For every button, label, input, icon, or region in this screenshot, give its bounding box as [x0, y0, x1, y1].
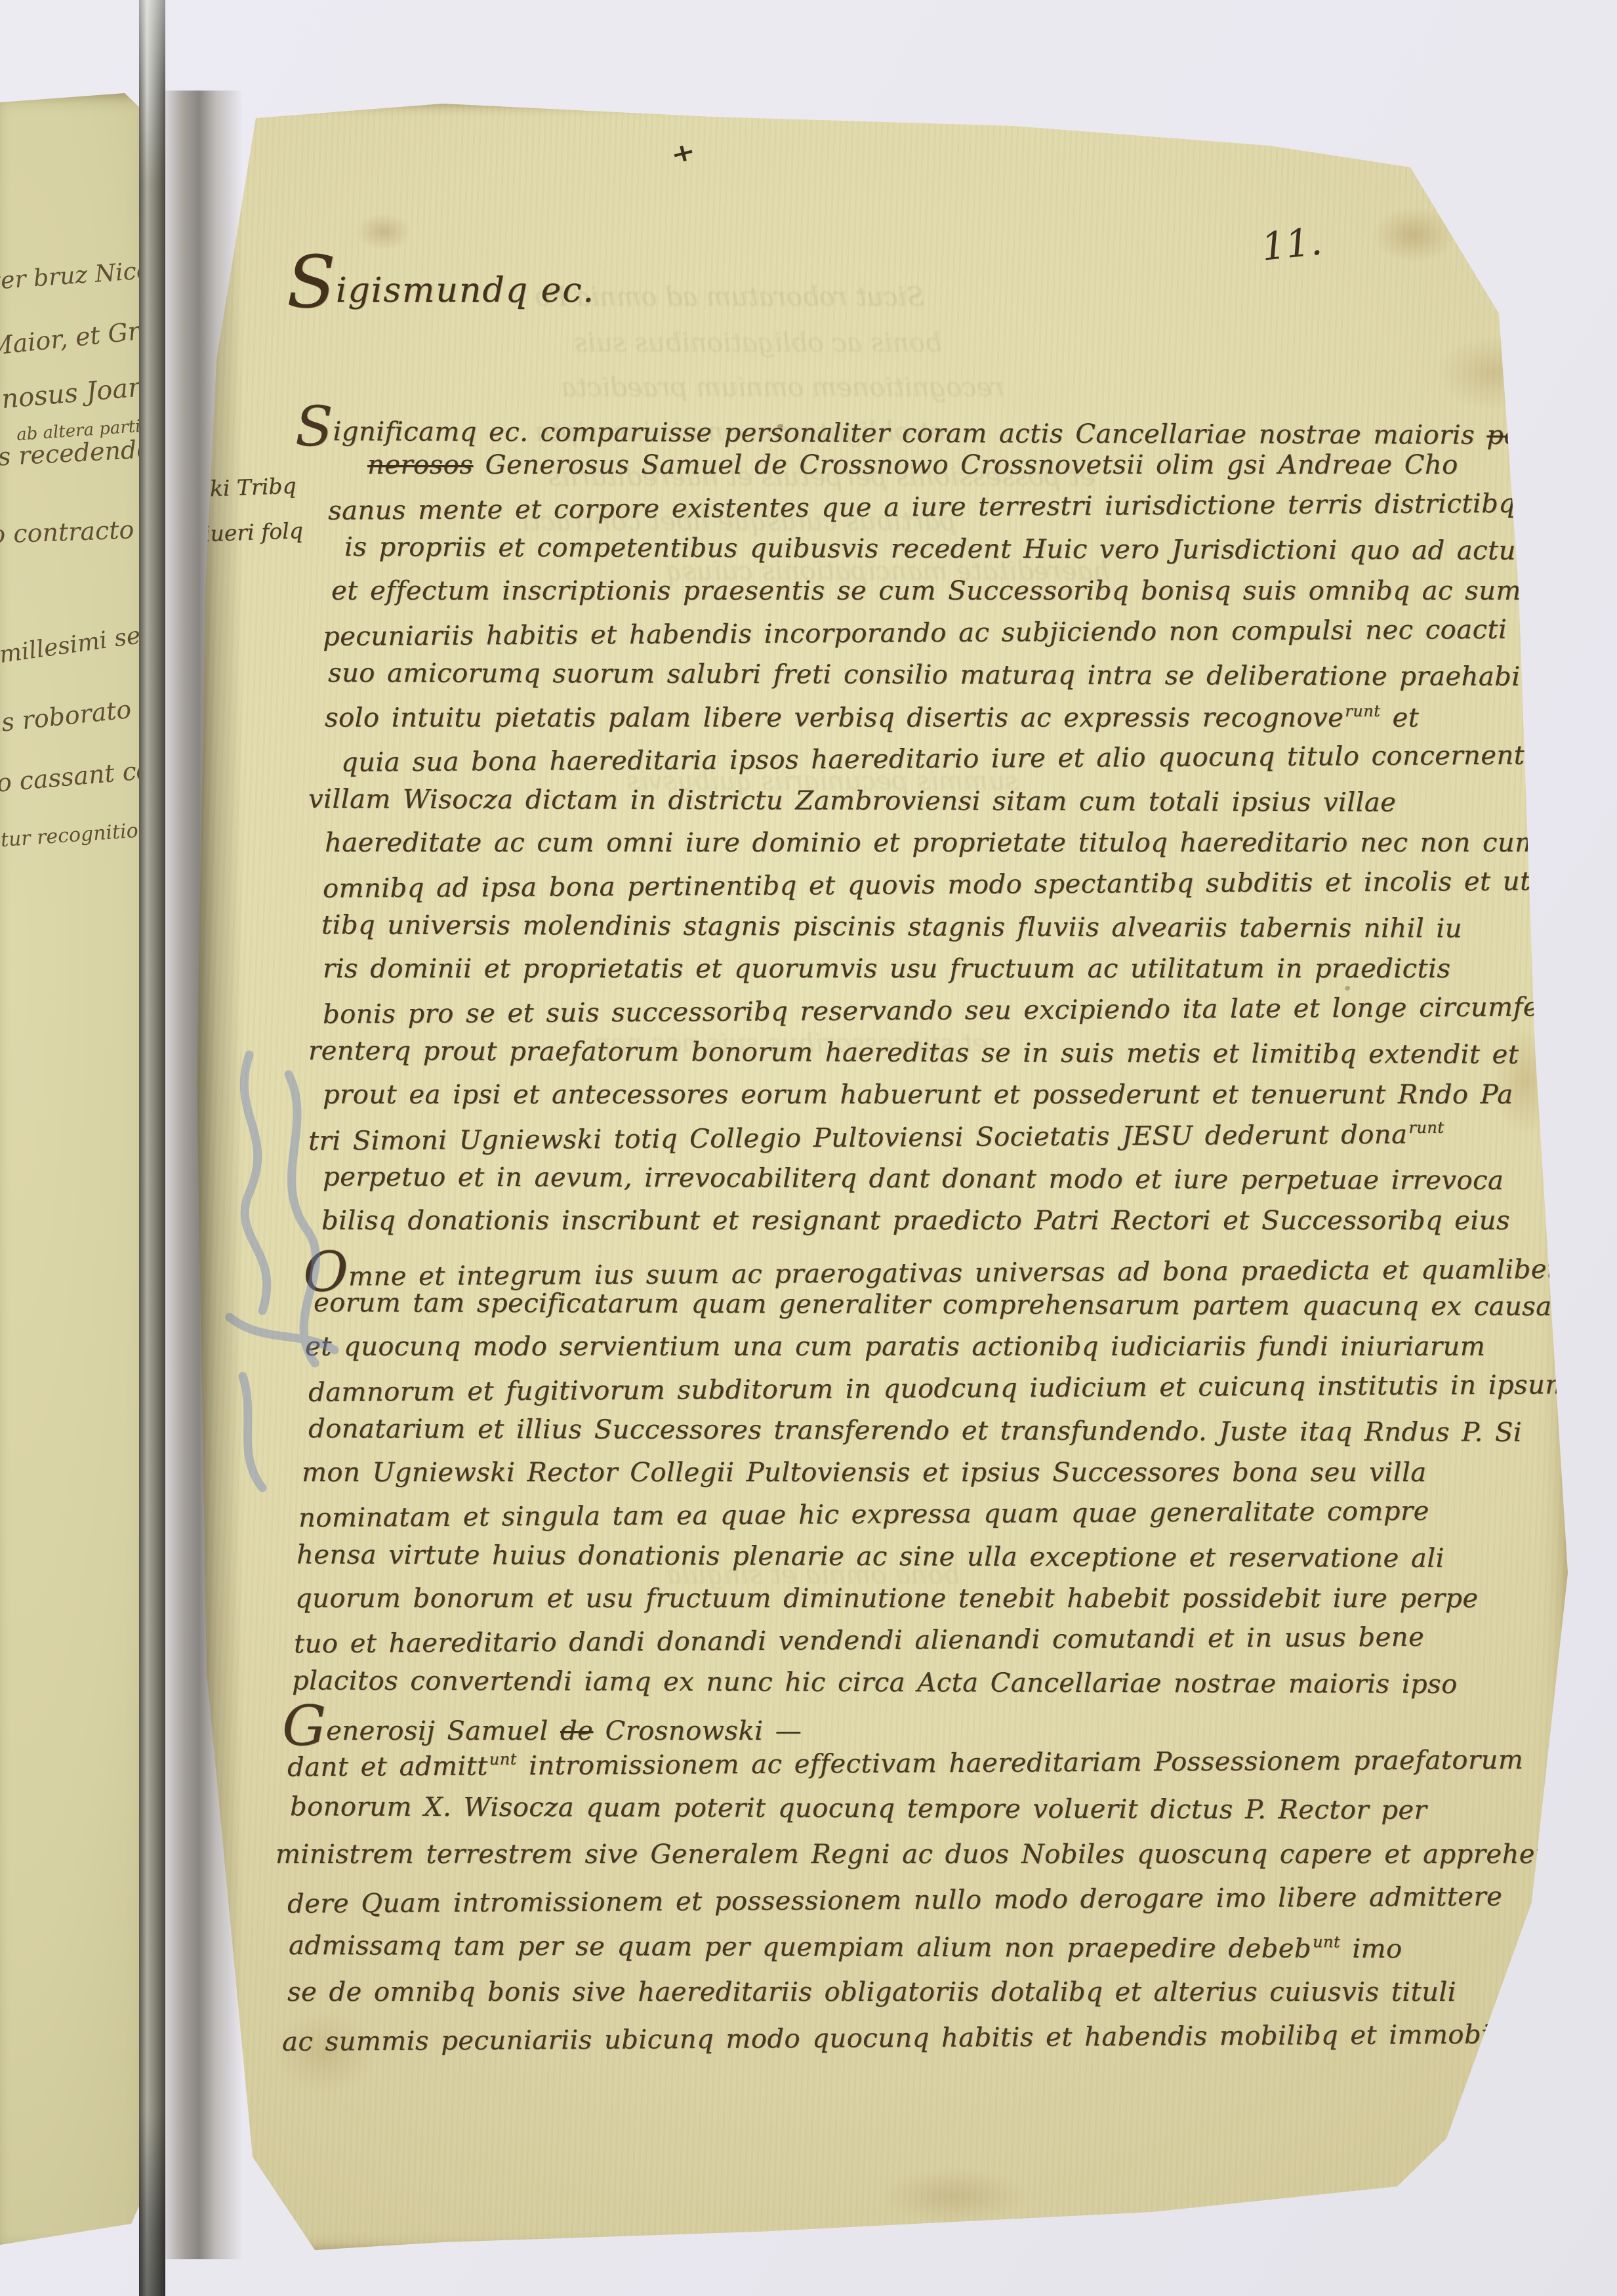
manuscript-line: omnibq ad ipsa bona pertinentibq et quov…	[323, 866, 1574, 904]
manuscript-line: bonorum X. Wisocza quam poterit quocunq …	[290, 1792, 1427, 1825]
manuscript-line: ac summis pecuniariis ubicunq modo quocu…	[282, 2019, 1542, 2057]
manuscript-line: quia sua bona haereditaria ipsos haeredi…	[341, 740, 1549, 777]
manuscript-line: pecuniariis habitis et habendis incorpor…	[323, 614, 1569, 652]
manuscript-line: nominatam et singula tam ea quae hic exp…	[298, 1496, 1429, 1534]
ink-speck	[777, 424, 783, 428]
manuscript-line: se de omnibq bonis sive haereditariis ob…	[287, 1977, 1456, 2007]
heading-initial: S	[287, 263, 336, 302]
manuscript-line: donatarium et illius Successores transfe…	[308, 1414, 1522, 1448]
folio-number: 11.	[1259, 218, 1324, 269]
manuscript-line: admissamq tam per se quam per quempiam a…	[289, 1929, 1402, 1964]
manuscript-line: villam Wisocza dictam in districtu Zambr…	[308, 784, 1396, 817]
margin-note: auski Tribq	[171, 473, 297, 503]
ink-blot	[1505, 1973, 1513, 1980]
manuscript-line: dant et admittunt intromissionem ac effe…	[287, 1744, 1523, 1782]
manuscript-line: tibq universis molendinis stagnis piscin…	[321, 910, 1462, 943]
manuscript-line: is propriis et competentibus quibusvis r…	[344, 532, 1541, 566]
manuscript-line: ris dominii et proprietatis et quorumvis…	[323, 954, 1450, 984]
ink-blot	[1538, 2024, 1550, 2034]
manuscript-page: Sigismundq ec. 11. + Sicut roboratum ad …	[167, 97, 1574, 2255]
ghost-line: recognitionem omnium praedicta	[561, 373, 1004, 403]
manuscript-line: haereditate ac cum omni iure dominio et …	[325, 828, 1540, 858]
manuscript-line: tri Simoni Ugniewski totiq Collegio Pult…	[308, 1118, 1444, 1157]
scanner-background: { "scan": { "document_kind": "manuscript…	[0, 0, 1617, 2296]
manuscript-line: damnorum et fugitivorum subditorum in qu…	[308, 1370, 1570, 1408]
ghost-line: Sicut roboratum ad omnia Po	[535, 282, 924, 312]
scanner-clamp-bar	[139, 0, 165, 2296]
manuscript-line: tuo et haereditario dandi donandi venden…	[294, 1622, 1424, 1660]
manuscript-line: renterq prout praefatorum bonorum haered…	[308, 1036, 1519, 1070]
manuscript-line: sanus mente et corpore existentes que a …	[328, 488, 1574, 526]
blue-crayon-mark	[167, 1035, 348, 1507]
manuscript-line: bilisq donationis inscribunt et resignan…	[321, 1206, 1510, 1236]
manuscript-line: mon Ugniewski Rector Collegii Pultoviens…	[302, 1458, 1427, 1488]
manuscript-line: prout ea ipsi et antecessores eorum habu…	[323, 1080, 1513, 1110]
manuscript-line: solo intuitu pietatis palam libere verbi…	[325, 702, 1419, 733]
manuscript-line: et effectum inscriptionis praesentis se …	[331, 576, 1569, 606]
ink-blot	[1520, 1992, 1549, 2014]
manuscript-line: Omne et integrum ius suum ac praerogativ…	[303, 1244, 1558, 1292]
manuscript-line: perpetuo et in aevum, irrevocabiliterq d…	[323, 1162, 1504, 1196]
manuscript-line: suo amicorumq suorum salubri freti consi…	[328, 658, 1547, 692]
manuscript-line: quorum bonorum et usu fructuum diminutio…	[295, 1584, 1479, 1614]
margin-note: Liueri folq	[188, 518, 303, 547]
manuscript-line: Significamq ec. comparuisse personaliter…	[295, 406, 1574, 451]
manuscript-line: bonis pro se et suis successoribq reserv…	[323, 992, 1539, 1029]
manuscript-line: et quocunq modo servientium una cum para…	[305, 1332, 1485, 1362]
manuscript-line: dere Quam intromissionem et possessionem…	[287, 1881, 1502, 1919]
ink-speck	[1345, 986, 1350, 991]
manuscript-line: Generosij Samuel de Crosnowski —	[282, 1706, 802, 1746]
manuscript-line: placitos convertendi iamq ex nunc hic ci…	[292, 1666, 1458, 1700]
manuscript-line: hensa virtute huius donationis plenarie …	[297, 1540, 1444, 1573]
cross-mark: +	[668, 136, 698, 170]
manuscript-line: nerosos Generosus Samuel de Crossnowo Cr…	[367, 450, 1458, 480]
manuscript-line: eorum tam specificatarum quam generalite…	[314, 1288, 1552, 1322]
ghost-line: bonis ac obligationibus suis	[574, 328, 942, 358]
manuscript-line: ministrem terrestrem sive Generalem Regn…	[276, 1839, 1552, 1870]
